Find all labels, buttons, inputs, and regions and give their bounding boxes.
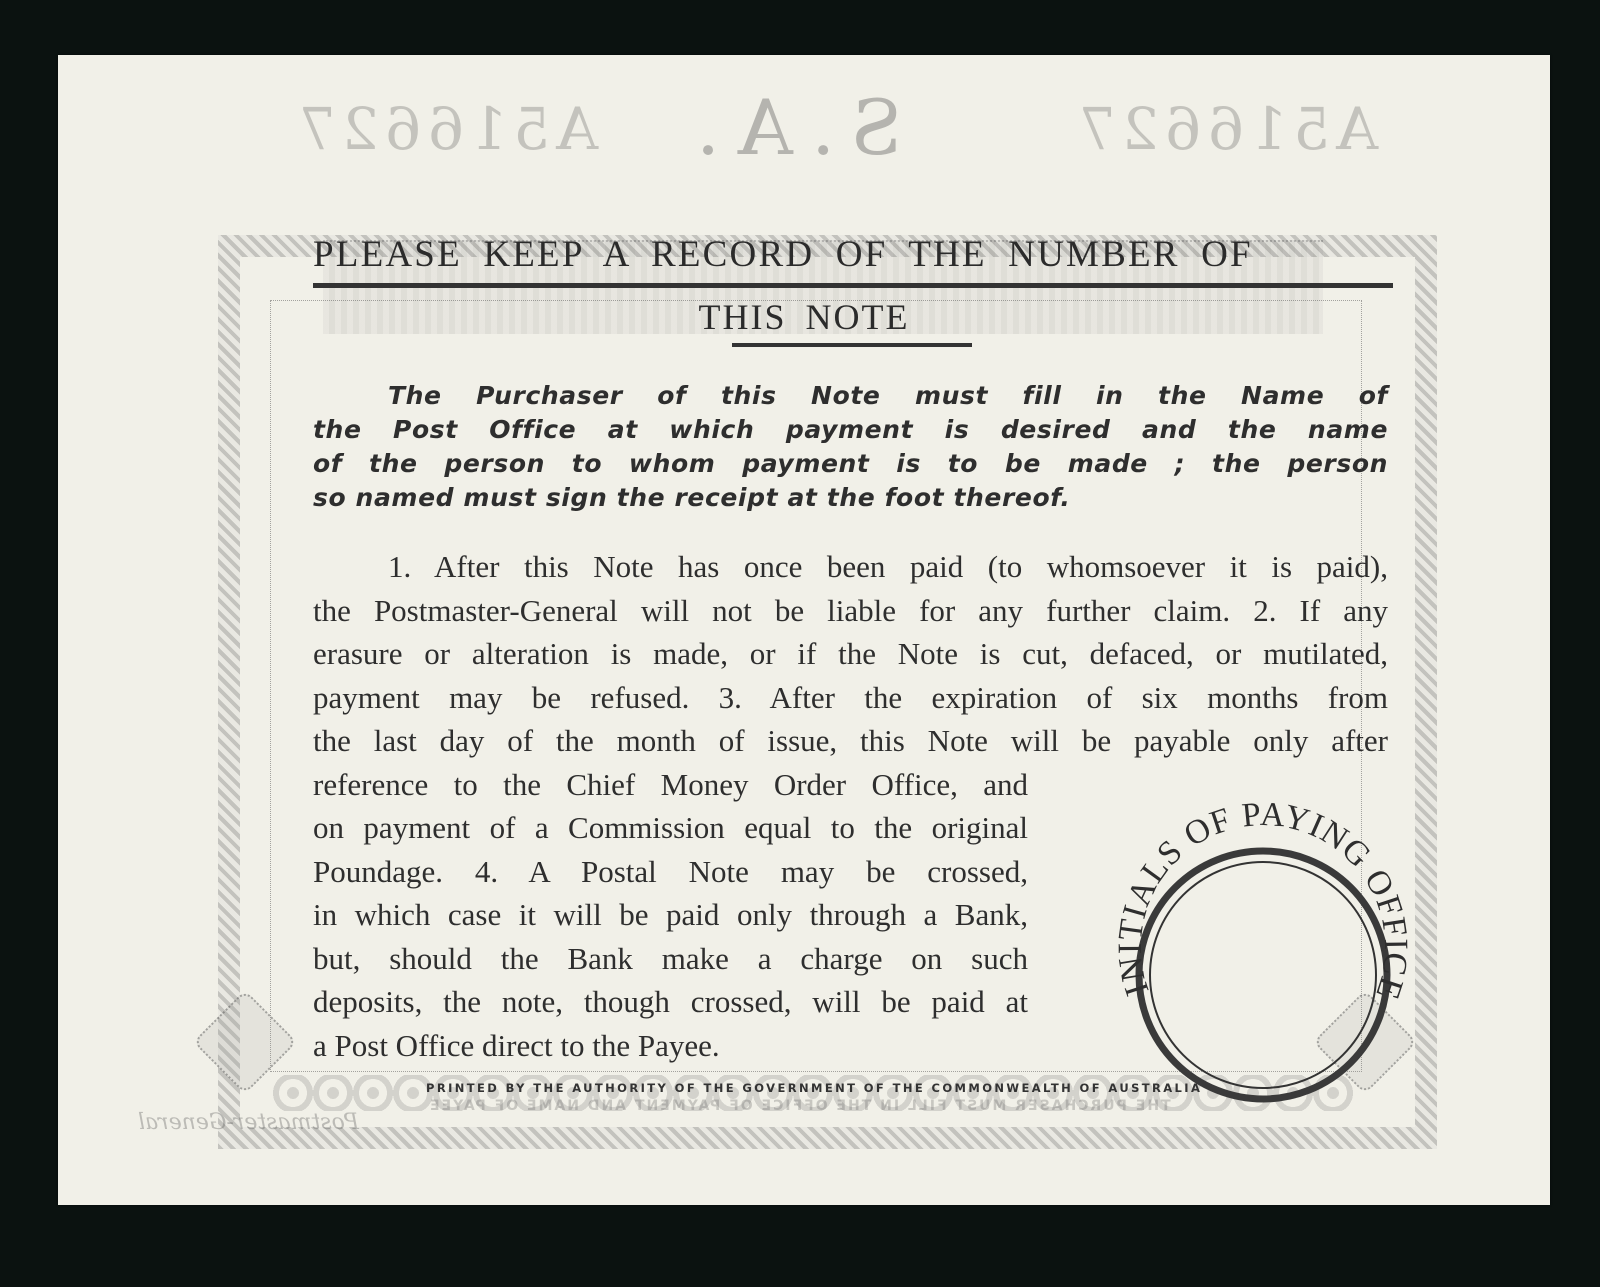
seal-label: INITIALS OF PAYING OFFICER. xyxy=(1098,785,1414,1004)
condition-line: but, should the Bank make a charge on su… xyxy=(313,937,1028,981)
condition-line: deposits, the note, though crossed, will… xyxy=(313,980,1028,1024)
condition-line: a Post Office direct to the Payee. xyxy=(313,1024,1028,1068)
instruction-line: the Post Office at which payment is desi… xyxy=(313,413,1388,447)
purchaser-instructions: The Purchaser of this Note must fill in … xyxy=(313,379,1388,515)
condition-line: Poundage. 4. A Postal Note may be crosse… xyxy=(313,850,1028,894)
paying-officer-initials-seal: INITIALS OF PAYING OFFICER. xyxy=(1098,785,1428,1115)
record-number-heading: PLEASE KEEP A RECORD OF THE NUMBER OF xyxy=(313,233,1393,276)
postal-note-paper: A516627 S.A. A516627 PLEASE KEEP A RECOR… xyxy=(58,55,1550,1205)
svg-text:INITIALS OF PAYING OFFICER.: INITIALS OF PAYING OFFICER. xyxy=(1098,785,1414,1004)
instruction-line: so named must sign the receipt at the fo… xyxy=(313,481,1388,515)
condition-line: the last day of the month of issue, this… xyxy=(313,719,1388,763)
condition-line: payment may be refused. 3. After the exp… xyxy=(313,676,1388,720)
seal-ring-icon: INITIALS OF PAYING OFFICER. xyxy=(1098,785,1428,1115)
heading2-underline xyxy=(732,343,972,347)
reversed-footer-show-through: THE PURCHASER MUST FILL IN THE OFFICE OF… xyxy=(428,1098,1171,1114)
instruction-line: of the person to whom payment is to be m… xyxy=(313,447,1388,481)
government-imprint: PRINTED BY THE AUTHORITY OF THE GOVERNME… xyxy=(426,1081,1286,1095)
series-mark-show-through: S.A. xyxy=(678,83,903,172)
condition-line: reference to the Chief Money Order Offic… xyxy=(313,763,1028,807)
condition-line: in which case it will be paid only throu… xyxy=(313,893,1028,937)
record-number-heading-line2: THIS NOTE xyxy=(58,296,1550,338)
condition-line: on payment of a Commission equal to the … xyxy=(313,806,1028,850)
condition-line: the Postmaster-General will not be liabl… xyxy=(313,589,1388,633)
condition-line: erasure or alteration is made, or if the… xyxy=(313,632,1388,676)
instruction-line: The Purchaser of this Note must fill in … xyxy=(313,379,1388,413)
signature-show-through: Postmaster-General xyxy=(138,1110,359,1135)
serial-number-show-through-left: A516627 xyxy=(293,95,598,163)
heading-underline xyxy=(313,283,1393,288)
condition-line: 1. After this Note has once been paid (t… xyxy=(313,545,1388,589)
serial-number-show-through-right: A516627 xyxy=(1073,95,1378,163)
